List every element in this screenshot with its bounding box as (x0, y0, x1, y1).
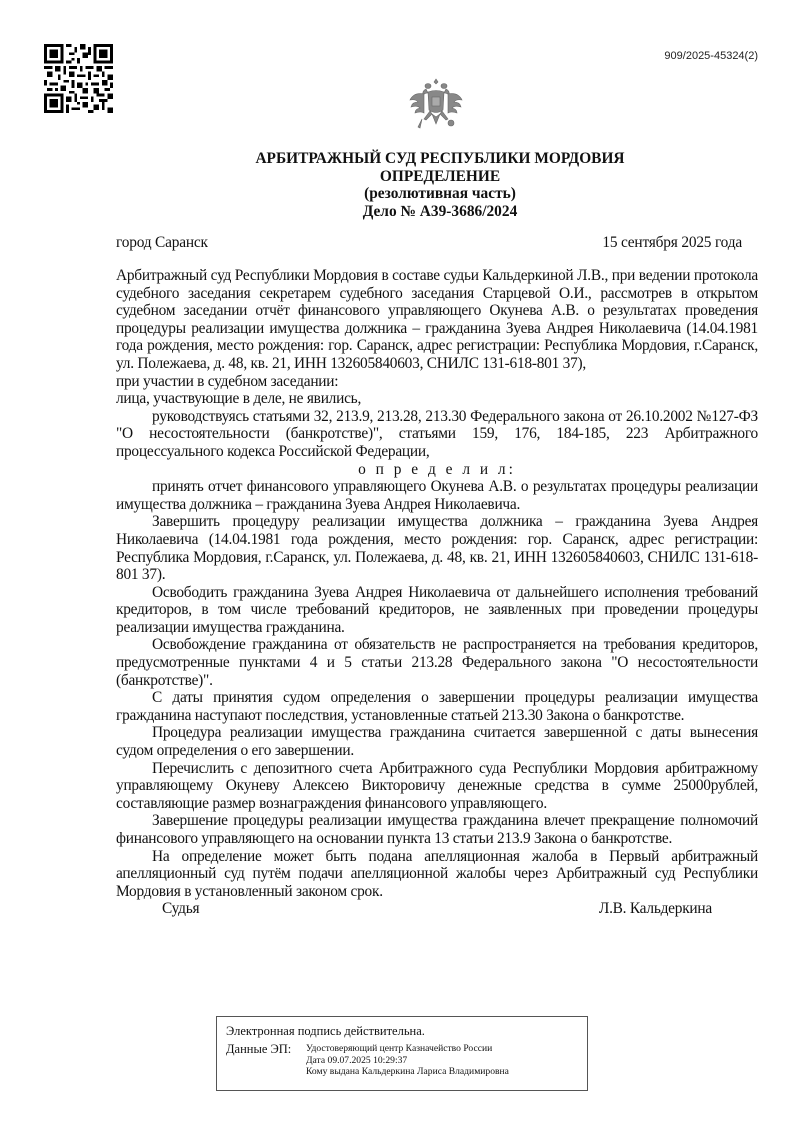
ruling-paragraph: На определение может быть подана апелляц… (116, 848, 758, 901)
ruling-paragraph: Освободить гражданина Зуева Андрея Никол… (116, 584, 758, 637)
ruled-heading: о п р е д е л и л: (116, 461, 758, 479)
document-type: ОПРЕДЕЛЕНИЕ (0, 168, 800, 186)
signature-row: Судья Л.В. Кальдеркина (116, 900, 758, 918)
date: 15 сентября 2025 года (602, 234, 742, 252)
ruling-paragraph: Перечислить с депозитного счета Арбитраж… (116, 760, 758, 813)
document-subtitle: (резолютивная часть) (0, 185, 800, 203)
document-header: АРБИТРАЖНЫЙ СУД РЕСПУБЛИКИ МОРДОВИЯ ОПРЕ… (0, 150, 800, 220)
court-name: АРБИТРАЖНЫЙ СУД РЕСПУБЛИКИ МОРДОВИЯ (0, 150, 800, 168)
document-body: Арбитражный суд Республики Мордовия в со… (116, 267, 758, 918)
participation-line: при участии в судебном заседании: (116, 373, 758, 391)
document-number: 909/2025-45324(2) (664, 50, 758, 62)
e-signature-issued-to: Кому выдана Кальдеркина Лариса Владимиро… (306, 1066, 509, 1078)
guided-by-paragraph: руководствуясь статьями 32, 213.9, 213.2… (116, 408, 758, 461)
e-signature-data: Данные ЭП: Удостоверяющий центр Казначей… (226, 1042, 579, 1078)
ruling-paragraph: Процедура реализации имущества гражданин… (116, 724, 758, 759)
e-signature-details: Удостоверяющий центр Казначейство России… (306, 1043, 509, 1078)
ruling-paragraph: Завершить процедуру реализации имущества… (116, 513, 758, 583)
intro-paragraph: Арбитражный суд Республики Мордовия в со… (116, 267, 758, 373)
signature-role: Судья (162, 900, 199, 918)
ruling-paragraph: Освобождение гражданина от обязательств … (116, 636, 758, 689)
qr-code-icon (44, 44, 113, 113)
e-signature-date: Дата 09.07.2025 10:29:37 (306, 1055, 509, 1067)
city-date-row: город Саранск 15 сентября 2025 года (116, 234, 742, 252)
e-signature-box: Электронная подпись действительна. Данны… (216, 1016, 588, 1091)
absent-line: лица, участвующие в деле, не явились, (116, 390, 758, 408)
e-signature-issuer: Удостоверяющий центр Казначейство России (306, 1043, 509, 1055)
case-number: Дело № А39-3686/2024 (0, 203, 800, 221)
ruling-paragraph: Завершение процедуры реализации имуществ… (116, 812, 758, 847)
e-signature-status: Электронная подпись действительна. (226, 1023, 579, 1039)
e-signature-label: Данные ЭП: (226, 1042, 306, 1078)
ruling-paragraph: принять отчет финансового управляющего О… (116, 478, 758, 513)
city: город Саранск (116, 234, 208, 252)
signature-name: Л.В. Кальдеркина (599, 900, 712, 918)
ruling-paragraph: С даты принятия судом определения о заве… (116, 689, 758, 724)
coat-of-arms-icon (408, 78, 464, 132)
